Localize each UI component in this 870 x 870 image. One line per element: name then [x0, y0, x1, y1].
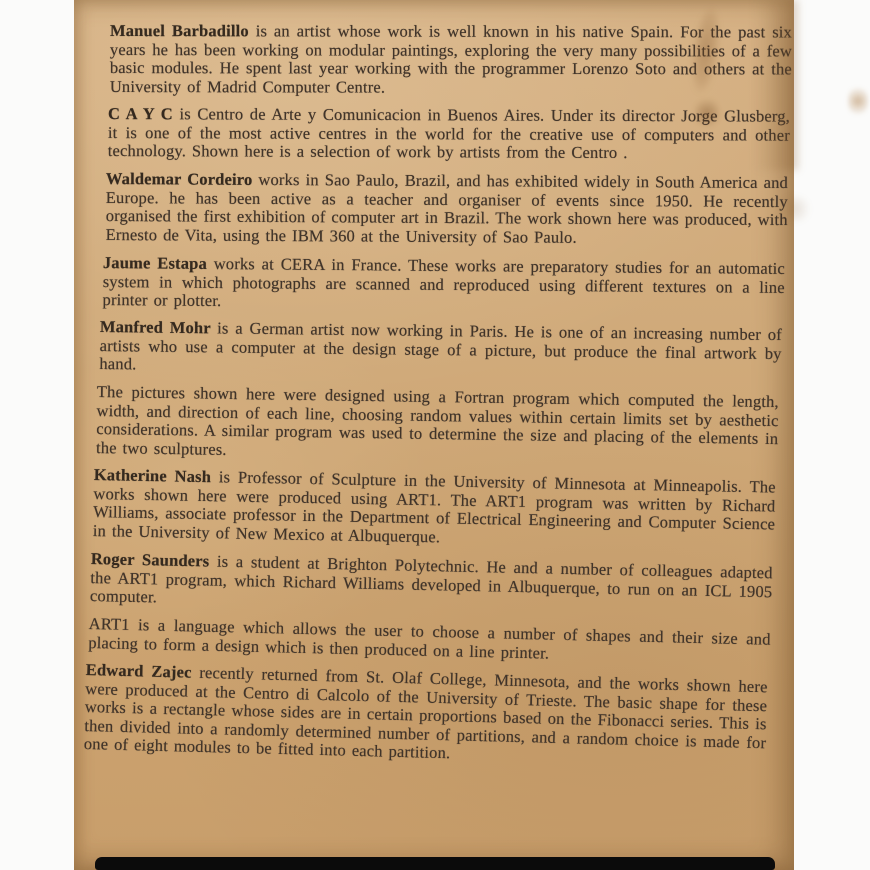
- paragraph-katherine-nash: Katherine Nashis Professor of Sculpture …: [93, 466, 776, 553]
- document-text: Manuel Barbadillois an artist whose work…: [110, 22, 792, 763]
- margin-smudge: [848, 84, 868, 118]
- artist-name-lead: Jaume Estapa: [103, 253, 214, 273]
- paragraph-art1-language: ART1 is a language which allows the user…: [88, 615, 771, 668]
- paragraph-manuel-barbadillo: Manuel Barbadillois an artist whose work…: [110, 22, 792, 98]
- paragraph-cayc: C A Y Cis Centro de Arte y Comunicacion …: [108, 105, 790, 163]
- paragraph-waldemar-cordeiro: Waldemar Cordeiroworks in Sao Paulo, Bra…: [106, 170, 788, 248]
- artist-name-lead: Manfred Mohr: [100, 317, 218, 337]
- catalog-page-photo: Manuel Barbadillois an artist whose work…: [0, 0, 870, 870]
- artist-name-lead: Manuel Barbadillo: [110, 21, 256, 40]
- paragraph-text: The pictures shown here were designed us…: [96, 382, 779, 459]
- paragraph-jaume-estapa: Jaume Estapaworks at CERA in France. The…: [103, 254, 785, 316]
- artist-name-lead: Waldemar Cordeiro: [106, 169, 259, 189]
- paragraph-roger-saunders: Roger Saundersis a student at Brighton P…: [90, 550, 773, 620]
- paragraph-edward-zajec: Edward Zajecrecently returned from St. O…: [84, 661, 768, 771]
- artist-name-lead: C A Y C: [108, 104, 180, 123]
- paper-page: Manuel Barbadillois an artist whose work…: [74, 0, 794, 870]
- paragraph-text: is Centro de Arte y Comunicacion in Buen…: [108, 105, 790, 163]
- paragraph-mohr-process: The pictures shown here were designed us…: [96, 383, 779, 467]
- bottom-black-bar: [95, 857, 775, 870]
- paragraph-manfred-mohr: Manfred Mohris a German artist now worki…: [99, 318, 782, 382]
- paragraph-text: ART1 is a language which allows the user…: [88, 614, 771, 662]
